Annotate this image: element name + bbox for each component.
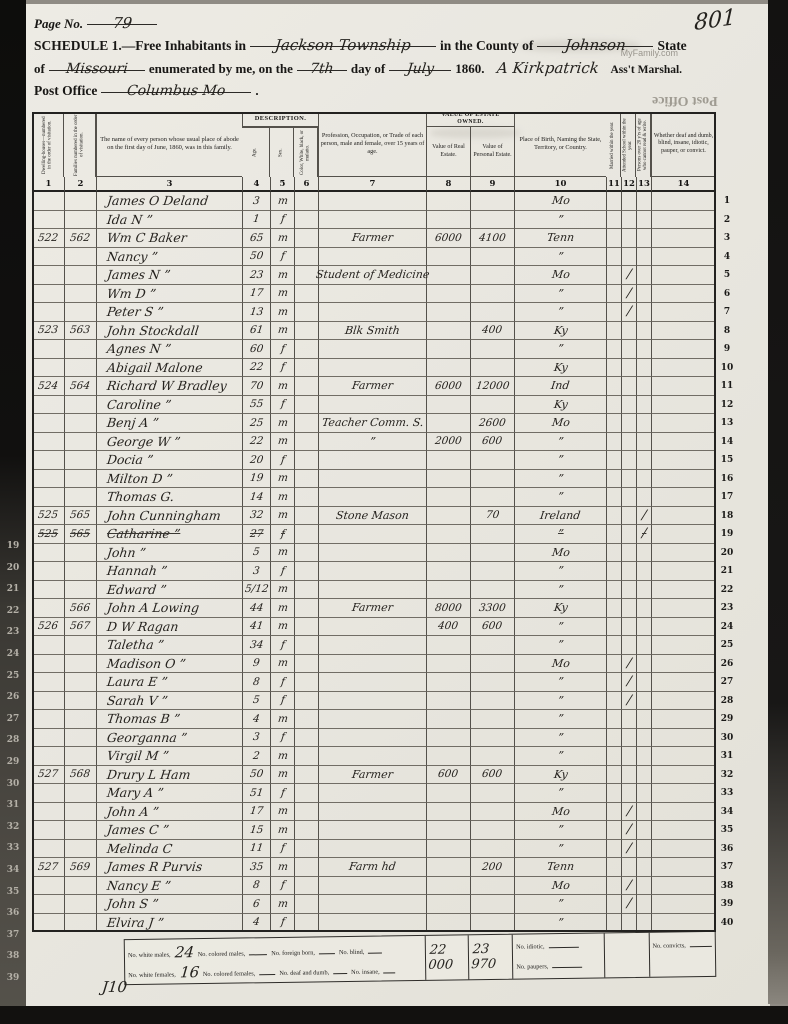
row-number-right: 5 (715, 266, 739, 285)
age-value: 8 (252, 879, 260, 891)
color-cell (294, 414, 318, 433)
person-name: Thomas G. (106, 489, 175, 504)
remarks-cell (651, 248, 715, 267)
year-value: 1860. (455, 61, 484, 76)
sex-value: f (280, 213, 285, 225)
color-cell (294, 562, 318, 581)
row-number-right: 8 (715, 322, 739, 341)
table-row: 37 527 569 James R Purvis 35 m Farm hd 2… (8, 858, 739, 877)
color-cell (294, 470, 318, 489)
person-name: Thomas B ” (106, 711, 181, 726)
birthplace-value: ” (557, 749, 564, 762)
color-cell (294, 877, 318, 896)
person-name: Docia ” (106, 452, 154, 467)
row-number-right: 9 (715, 340, 739, 359)
age-value: 35 (249, 861, 264, 873)
row-number-right: 13 (715, 414, 739, 433)
color-cell (294, 858, 318, 877)
person-name: John Stockdall (106, 323, 200, 338)
row-number-right: 39 (715, 895, 739, 914)
table-row: 21 Hannah ” 3 f ” 21 (8, 562, 739, 581)
birthplace-value: ” (557, 694, 564, 707)
birthplace-value: ” (557, 490, 564, 503)
color-cell (294, 914, 318, 933)
margin-bleed-number: 21 (3, 584, 23, 594)
person-name: Benj A ” (106, 415, 160, 430)
age-value: 70 (249, 380, 264, 392)
county-value: Johnson (564, 36, 627, 54)
dwelling-number: 527 (38, 768, 60, 780)
person-name: Richard W Bradley (106, 378, 228, 393)
birthplace-value: Ind (550, 379, 570, 392)
margin-bleed-number: 20 (3, 563, 23, 573)
person-name: Hannah ” (106, 563, 168, 578)
school-tick: / (626, 896, 632, 911)
remarks-cell (651, 192, 715, 211)
remarks-cell (651, 266, 715, 285)
remarks-cell (651, 636, 715, 655)
age-value: 65 (249, 232, 264, 244)
census-table: Dwelling-houses—numbered in the order of… (8, 112, 739, 932)
birthplace-value: Mo (551, 416, 570, 429)
table-row: 20 John ” 5 m Mo 20 (8, 544, 739, 563)
person-name: Wm D ” (106, 286, 157, 301)
page-no-value: 79 (112, 14, 133, 32)
personal-estate-total: 23 970 (471, 937, 511, 978)
remarks-cell (651, 377, 715, 396)
dwelling-number: 523 (38, 324, 60, 336)
row-number-right: 14 (715, 433, 739, 452)
table-row: 38 Nancy E ” 8 f Mo / 38 (8, 877, 739, 896)
remarks-cell (651, 544, 715, 563)
age-value: 3 (252, 195, 260, 207)
remarks-cell (651, 414, 715, 433)
color-cell (294, 359, 318, 378)
birthplace-value: Ky (553, 398, 568, 411)
col-header-sex: Sex. (270, 127, 294, 177)
birthplace-value: ” (557, 583, 564, 596)
family-number: 568 (70, 768, 92, 780)
col-no: 10 (514, 177, 606, 192)
age-value: 17 (249, 805, 264, 817)
color-cell (294, 340, 318, 359)
sex-value: f (280, 528, 285, 540)
col-header-color: Color, White, black, or mulatto. (294, 127, 318, 177)
col-no: 13 (636, 177, 651, 192)
table-row: 6 Wm D ” 17 m ” / 6 (8, 285, 739, 304)
day-of-label: day of (351, 61, 385, 76)
birthplace-value: ” (557, 342, 564, 355)
birthplace-value: Ky (553, 768, 568, 781)
birthplace-value: Tenn (546, 860, 575, 873)
row-number-right: 37 (715, 858, 739, 877)
person-name: Edward ” (106, 582, 167, 597)
occupation-value: Student of Medicine (315, 268, 430, 281)
sex-value: m (277, 768, 288, 780)
of-label: of (34, 61, 45, 76)
scan-left-edge: 1920212223242526272829303132333435363738… (0, 0, 26, 1012)
census-scan-page: 801 MyFamily.com Post Office Page No. 79… (0, 0, 788, 1024)
person-name: George W ” (106, 434, 181, 449)
table-row: 28 Sarah V ” 5 f ” / 28 (8, 692, 739, 711)
paupers-label: No. paupers, (516, 963, 548, 970)
color-cell (294, 322, 318, 341)
color-cell (294, 636, 318, 655)
sex-value: m (277, 269, 288, 281)
dwelling-number: 524 (38, 380, 60, 392)
person-name: Taletha ” (106, 637, 165, 652)
occupation-value: Farmer (351, 601, 394, 614)
age-value: 41 (249, 620, 264, 632)
occupation-value: Stone Mason (335, 509, 409, 522)
color-cell (294, 803, 318, 822)
row-number-right: 27 (715, 673, 739, 692)
sex-value: m (277, 380, 288, 392)
birthplace-value: ” (557, 453, 564, 466)
person-name: Nancy E ” (106, 878, 172, 893)
real-estate-total: 22 000 (427, 937, 467, 978)
remarks-cell (651, 451, 715, 470)
sex-value: m (277, 435, 288, 447)
row-number-right: 22 (715, 581, 739, 600)
birthplace-value: ” (557, 675, 564, 688)
sex-value: m (277, 824, 288, 836)
family-number: 567 (70, 620, 92, 632)
margin-bleed-number: 37 (3, 930, 23, 940)
table-row: 15 Docia ” 20 f ” 15 (8, 451, 739, 470)
col-header-dwelling: Dwelling-houses—numbered in the order of… (32, 112, 64, 177)
age-value: 8 (252, 676, 260, 688)
row-number-right: 28 (715, 692, 739, 711)
person-name: Catharine ” (106, 526, 181, 541)
row-number-right: 21 (715, 562, 739, 581)
margin-bleed-number: 25 (3, 671, 23, 681)
table-row: 31 Virgil M ” 2 m ” 31 (8, 747, 739, 766)
age-value: 23 (249, 269, 264, 281)
scan-right-edge (768, 0, 788, 1004)
birthplace-value: ” (557, 823, 564, 836)
color-cell (294, 729, 318, 748)
row-number-right: 16 (715, 470, 739, 489)
sex-value: f (280, 639, 285, 651)
age-value: 17 (249, 287, 264, 299)
sex-value: f (280, 787, 285, 799)
col-header-age: Age. (242, 127, 270, 177)
sex-value: f (280, 842, 285, 854)
margin-bleed-number: 29 (3, 757, 23, 767)
person-name: John A Lowing (106, 600, 200, 615)
row-number-right: 6 (715, 285, 739, 304)
age-value: 55 (249, 398, 264, 410)
sex-value: m (277, 898, 288, 910)
personal-estate-value: 400 (482, 324, 504, 336)
post-office-value: Columbus Mo (126, 83, 226, 99)
school-tick: / (626, 804, 632, 819)
dwelling-number: 522 (38, 232, 60, 244)
birthplace-value: ” (557, 435, 564, 448)
state-value: Missouri (65, 61, 128, 77)
birthplace-value: ” (557, 731, 564, 744)
personal-estate-value: 2600 (478, 417, 506, 429)
personal-estate-value: 3300 (478, 602, 506, 614)
row-number-right: 20 (715, 544, 739, 563)
sex-value: m (277, 546, 288, 558)
table-row: 11 524 564 Richard W Bradley 70 m Farmer… (8, 377, 739, 396)
age-value: 5 (252, 694, 260, 706)
day-value: 7th (309, 61, 334, 77)
personal-estate-value: 600 (482, 435, 504, 447)
margin-bleed-number: 19 (3, 541, 23, 551)
col-header-family: Families numbered in the order of visita… (64, 112, 96, 177)
remarks-cell (651, 784, 715, 803)
table-row: 27 Laura E ” 8 f ” / 27 (8, 673, 739, 692)
row-number-right: 3 (715, 229, 739, 248)
table-row: 22 Edward ” 5/12 m ” 22 (8, 581, 739, 600)
row-number-right: 11 (715, 377, 739, 396)
col-header-cannot-read: Persons over 20 y'rs of age who cannot r… (636, 112, 651, 177)
remarks-cell (651, 766, 715, 785)
page-no-label: Page No. (34, 16, 83, 31)
real-estate-value: 2000 (434, 435, 462, 447)
sex-value: f (280, 454, 285, 466)
row-number-right: 1 (715, 192, 739, 211)
margin-bleed-number: 23 (3, 627, 23, 637)
row-number-right: 25 (715, 636, 739, 655)
col-no: 1 (32, 177, 64, 192)
occupation-value: Blk Smith (344, 324, 400, 337)
sex-value: m (277, 750, 288, 762)
family-number: 566 (70, 602, 92, 614)
sex-value: m (277, 805, 288, 817)
age-value: 5/12 (244, 583, 269, 595)
colored-males-label: No. colored males, (198, 950, 246, 958)
margin-bleed-number: 36 (3, 908, 23, 918)
dwelling-number: 525 (38, 528, 60, 540)
person-name: Milton D ” (106, 471, 174, 486)
table-row: 23 566 John A Lowing 44 m Farmer 8000 33… (8, 599, 739, 618)
person-name: Drury L Ham (106, 767, 191, 782)
sex-value: m (277, 657, 288, 669)
table-body: 1 James O Deland 3 m Mo 1 2 Ida N ” 1 f (8, 192, 739, 932)
age-value: 50 (249, 250, 264, 262)
personal-estate-value: 200 (482, 861, 504, 873)
col-no: 11 (606, 177, 621, 192)
remarks-cell (651, 470, 715, 489)
person-name: Abigail Malone (106, 360, 204, 375)
row-number-right: 4 (715, 248, 739, 267)
color-cell (294, 229, 318, 248)
remarks-cell (651, 211, 715, 230)
birthplace-value: Mo (551, 657, 570, 670)
col-no: 9 (470, 177, 514, 192)
table-row: 30 Georganna ” 3 f ” 30 (8, 729, 739, 748)
age-value: 22 (249, 361, 264, 373)
remarks-cell (651, 303, 715, 322)
margin-bleed-number: 28 (3, 735, 23, 745)
table-row: 34 John A ” 17 m Mo / 34 (8, 803, 739, 822)
sex-value: f (280, 250, 285, 262)
age-value: 3 (252, 731, 260, 743)
personal-estate-value: 600 (482, 620, 504, 632)
margin-bleed-number: 32 (3, 822, 23, 832)
family-number: 565 (70, 509, 92, 521)
person-name: Mary A ” (106, 785, 164, 800)
family-number: 563 (70, 324, 92, 336)
table-row: 17 Thomas G. 14 m ” 17 (8, 488, 739, 507)
school-tick: / (626, 286, 632, 301)
sex-value: f (280, 916, 285, 928)
birthplace-value: Mo (551, 268, 570, 281)
table-row: 24 526 567 D W Ragan 41 m 400 600 ” 24 (8, 618, 739, 637)
remarks-cell (651, 340, 715, 359)
sex-value: f (280, 398, 285, 410)
person-name: D W Ragan (106, 619, 179, 634)
remarks-cell (651, 396, 715, 415)
white-males-label: No. white males, (128, 951, 171, 959)
person-name: Wm C Baker (106, 230, 188, 245)
sex-value: f (280, 361, 285, 373)
color-cell (294, 525, 318, 544)
birthplace-value: ” (557, 897, 564, 910)
birthplace-value: ” (557, 712, 564, 725)
marshal-label: Ass't Marshal. (610, 64, 682, 76)
birthplace-value: ” (557, 527, 564, 540)
sex-value: f (280, 731, 285, 743)
sex-value: f (280, 694, 285, 706)
age-value: 13 (249, 306, 264, 318)
remarks-cell (651, 895, 715, 914)
age-value: 34 (249, 639, 264, 651)
remarks-cell (651, 710, 715, 729)
sex-value: m (277, 195, 288, 207)
row-number-right: 18 (715, 507, 739, 526)
color-cell (294, 248, 318, 267)
occupation-value: Teacher Comm. S. (321, 416, 424, 429)
scan-bottom-edge (0, 1006, 788, 1024)
white-females-value: 16 (179, 963, 200, 981)
margin-bleed-number: 24 (3, 649, 23, 659)
deaf-dumb-label: No. deaf and dumb, (279, 969, 329, 977)
margin-bleed-number: 31 (3, 800, 23, 810)
month-value: July (406, 61, 435, 77)
table-row: 39 John S ” 6 m ” / 39 (8, 895, 739, 914)
remarks-cell (651, 692, 715, 711)
col-no: 8 (426, 177, 470, 192)
age-value: 5 (252, 546, 260, 558)
margin-bleed-number: 34 (3, 865, 23, 875)
color-cell (294, 211, 318, 230)
col-header-real-estate: Value of Real Estate. (426, 127, 470, 177)
sex-value: m (277, 583, 288, 595)
schedule-title: SCHEDULE 1.—Free Inhabitants in (34, 38, 246, 53)
personal-estate-value: 4100 (478, 232, 506, 244)
birthplace-value: Ky (553, 601, 568, 614)
color-cell (294, 488, 318, 507)
family-number: 562 (70, 232, 92, 244)
color-cell (294, 544, 318, 563)
person-name: Agnes N ” (106, 341, 172, 356)
row-number-right: 10 (715, 359, 739, 378)
remarks-cell (651, 747, 715, 766)
birthplace-value: Ky (553, 324, 568, 337)
sex-value: m (277, 509, 288, 521)
remarks-cell (651, 562, 715, 581)
remarks-cell (651, 840, 715, 859)
occupation-value: Farm hd (348, 860, 396, 873)
person-name: Elvira J ” (106, 915, 165, 930)
col-header-remarks: Whether deaf and dumb, blind, insane, id… (651, 112, 715, 177)
remarks-cell (651, 673, 715, 692)
col-header-name: The name of every person whose usual pla… (96, 112, 242, 177)
color-cell (294, 673, 318, 692)
person-name: John S ” (106, 896, 159, 911)
remarks-cell (651, 914, 715, 933)
remarks-cell (651, 655, 715, 674)
age-value: 4 (252, 713, 260, 725)
sex-value: m (277, 713, 288, 725)
remarks-cell (651, 729, 715, 748)
sex-value: m (277, 324, 288, 336)
idiotic-label: No. idiotic, (516, 943, 545, 950)
real-estate-value: 600 (438, 768, 460, 780)
school-tick: / (626, 267, 632, 282)
personal-estate-value: 600 (482, 768, 504, 780)
color-cell (294, 581, 318, 600)
birthplace-value: ” (557, 564, 564, 577)
age-value: 19 (249, 472, 264, 484)
row-number-right: 17 (715, 488, 739, 507)
dwelling-number: 526 (38, 620, 60, 632)
table-row: 7 Peter S ” 13 m ” / 7 (8, 303, 739, 322)
color-cell (294, 655, 318, 674)
person-name: John A ” (106, 804, 160, 819)
table-row: 4 Nancy ” 50 f ” 4 (8, 248, 739, 267)
township-value: Jackson Township (274, 36, 412, 54)
remarks-cell (651, 877, 715, 896)
margin-bleed-number: 26 (3, 692, 23, 702)
sex-value: f (280, 676, 285, 688)
birthplace-value: Mo (551, 546, 570, 559)
row-number-right: 29 (715, 710, 739, 729)
age-value: 15 (249, 824, 264, 836)
dwelling-number: 525 (38, 509, 60, 521)
table-row: 12 Caroline ” 55 f Ky 12 (8, 396, 739, 415)
row-number-right: 24 (715, 618, 739, 637)
birthplace-value: ” (557, 786, 564, 799)
age-value: 14 (249, 491, 264, 503)
person-name: Nancy ” (106, 249, 159, 264)
table-row: 10 Abigail Malone 22 f Ky 10 (8, 359, 739, 378)
remarks-cell (651, 803, 715, 822)
age-value: 3 (252, 565, 260, 577)
age-value: 4 (252, 916, 260, 928)
birthplace-value: ” (557, 250, 564, 263)
remarks-cell (651, 229, 715, 248)
family-number: 565 (70, 528, 92, 540)
row-number-right: 38 (715, 877, 739, 896)
table-row: 5 James N ” 23 m Student of Medicine Mo … (8, 266, 739, 285)
col-no: 5 (270, 177, 294, 192)
color-cell (294, 192, 318, 211)
age-value: 32 (249, 509, 264, 521)
table-row: 3 522 562 Wm C Baker 65 m Farmer 6000 41… (8, 229, 739, 248)
col-header-married: Married within the year. (606, 112, 621, 177)
age-value: 20 (249, 454, 264, 466)
person-name: John ” (106, 545, 147, 560)
family-number: 564 (70, 380, 92, 392)
table-row: 36 Melinda C 11 f ” / 36 (8, 840, 739, 859)
col-header-school: Attended School within the year. (621, 112, 636, 177)
